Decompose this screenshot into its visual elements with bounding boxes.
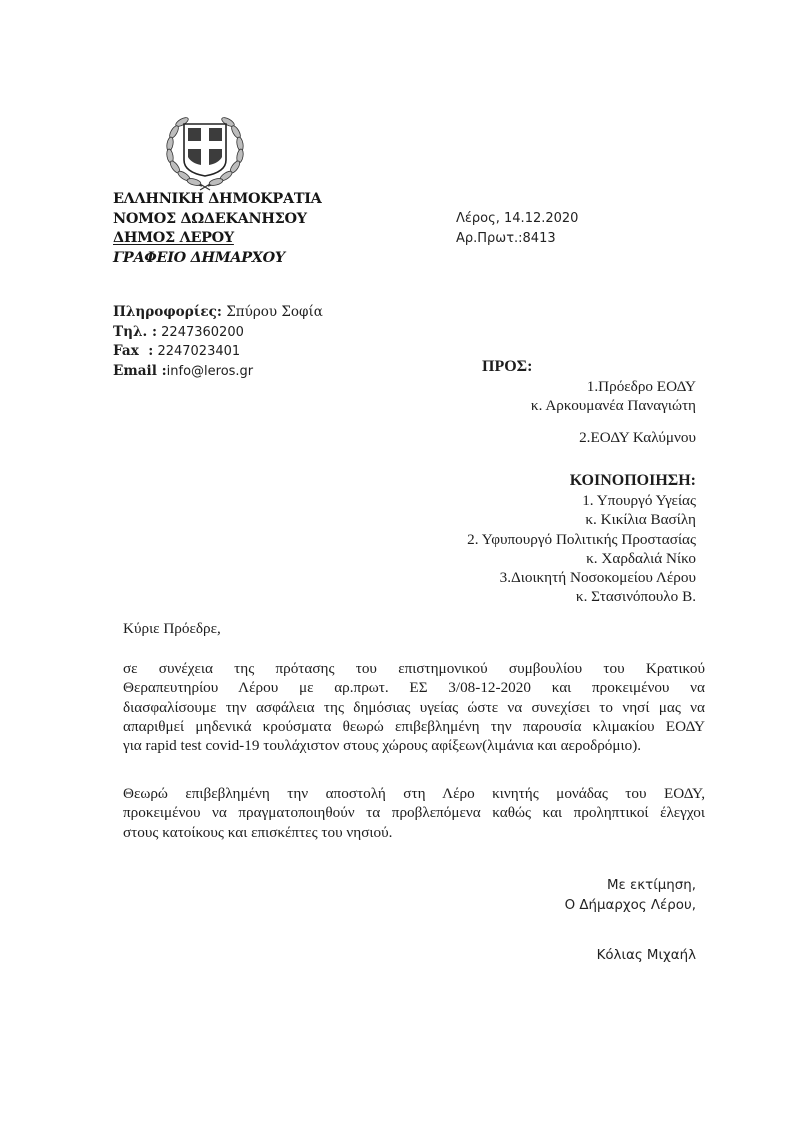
cc-title: ΚΟΙΝΟΠΟΙΗΣΗ: <box>570 472 696 490</box>
fax-label: Fax : <box>113 343 153 359</box>
recipients-title: ΠΡΟΣ: <box>482 358 532 376</box>
paragraph-line: Θεωρώ επιβεβλημένη την αποστολή στη Λέρο… <box>123 784 705 803</box>
contact-fax-row: Fax : 2247023401 <box>113 342 323 362</box>
paragraph-line: σε συνέχεια της πρότασης του επιστημονικ… <box>123 659 705 678</box>
header-republic: ΕΛΛΗΝΙΚΗ ΔΗΜΟΚΡΑΤΙΑ <box>113 189 322 209</box>
recipient-2: 2.ΕΟΔΥ Καλύμνου <box>579 428 696 447</box>
contact-phone-row: Τηλ. : 2247360200 <box>113 323 323 343</box>
info-label: Πληροφορίες: <box>113 304 222 320</box>
paragraph-line: απαριθμεί μηδενικά κρούσματα θεωρώ επιβε… <box>123 717 705 736</box>
cc-list: 1. Υπουργό Υγείας κ. Κικίλια Βασίλη 2. Υ… <box>467 491 696 607</box>
paragraph-line: Θεραπευτηρίου Λέρου με αρ.πρωτ. ΕΣ 3/08-… <box>123 678 705 697</box>
recipient-1: 1.Πρόεδρο ΕΟΔΥ κ. Αρκουμανέα Παναγιώτη <box>531 377 696 416</box>
salutation: Κύριε Πρόεδρε, <box>123 620 221 638</box>
cc-line: κ. Κικίλια Βασίλη <box>467 510 696 529</box>
header-office: ΓΡΑΦΕΙΟ ΔΗΜΑΡΧΟΥ <box>113 248 322 268</box>
fax-value: 2247023401 <box>153 344 240 359</box>
contact-email-row: Email :info@leros.gr <box>113 362 323 382</box>
paragraph-line: στους κατοίκους και επισκέπτες του νησιο… <box>123 823 705 842</box>
cc-line: 2. Υφυπουργό Πολιτικής Προστασίας <box>467 530 696 549</box>
body-paragraph-1: σε συνέχεια της πρότασης του επιστημονικ… <box>123 659 705 755</box>
paragraph-line: προκειμένου να πραγματοποιηθούν τα προβλ… <box>123 803 705 822</box>
email-link[interactable]: info@leros.gr <box>167 364 254 379</box>
recipient-line: 2.ΕΟΔΥ Καλύμνου <box>579 428 696 447</box>
recipient-line: 1.Πρόεδρο ΕΟΔΥ <box>531 377 696 396</box>
protocol-number: Αρ.Πρωτ.:8413 <box>456 229 578 249</box>
contact-block: Πληροφορίες: Σπύρου Σοφία Τηλ. : 2247360… <box>113 303 323 381</box>
paragraph-line: για rapid test covid-19 τουλάχιστον στου… <box>123 736 705 755</box>
closing-regards: Με εκτίμηση, <box>565 876 696 896</box>
email-label: Email : <box>113 363 167 379</box>
header-prefecture: ΝΟΜΟΣ ΔΩΔΕΚΑΝΗΣΟΥ <box>113 209 322 229</box>
issuer-header: ΕΛΛΗΝΙΚΗ ΔΗΜΟΚΡΑΤΙΑ ΝΟΜΟΣ ΔΩΔΕΚΑΝΗΣΟΥ ΔΗ… <box>113 189 322 267</box>
closing-title: Ο Δήμαρχος Λέρου, <box>565 896 696 916</box>
recipient-line: κ. Αρκουμανέα Παναγιώτη <box>531 396 696 415</box>
signer-name: Κόλιας Μιχαήλ <box>597 948 696 963</box>
cc-line: κ. Χαρδαλιά Νίκο <box>467 549 696 568</box>
header-municipality: ΔΗΜΟΣ ΛΕΡΟΥ <box>113 228 322 248</box>
closing-block: Με εκτίμηση, Ο Δήμαρχος Λέρου, <box>565 876 696 916</box>
cc-line: 1. Υπουργό Υγείας <box>467 491 696 510</box>
greek-coat-of-arms-icon <box>162 110 248 192</box>
place-date: Λέρος, 14.12.2020 <box>456 209 578 229</box>
body-paragraph-2: Θεωρώ επιβεβλημένη την αποστολή στη Λέρο… <box>123 784 705 842</box>
phone-value: 2247360200 <box>157 325 244 340</box>
phone-label: Τηλ. : <box>113 324 157 340</box>
info-value: Σπύρου Σοφία <box>222 304 323 320</box>
paragraph-line: διασφαλίσουμε την ασφάλεια της δημόσιας … <box>123 698 705 717</box>
cc-line: κ. Στασινόπουλο Β. <box>467 587 696 606</box>
contact-info-row: Πληροφορίες: Σπύρου Σοφία <box>113 303 323 323</box>
date-protocol-block: Λέρος, 14.12.2020 Αρ.Πρωτ.:8413 <box>456 209 578 248</box>
cc-line: 3.Διοικητή Νοσοκομείου Λέρου <box>467 568 696 587</box>
